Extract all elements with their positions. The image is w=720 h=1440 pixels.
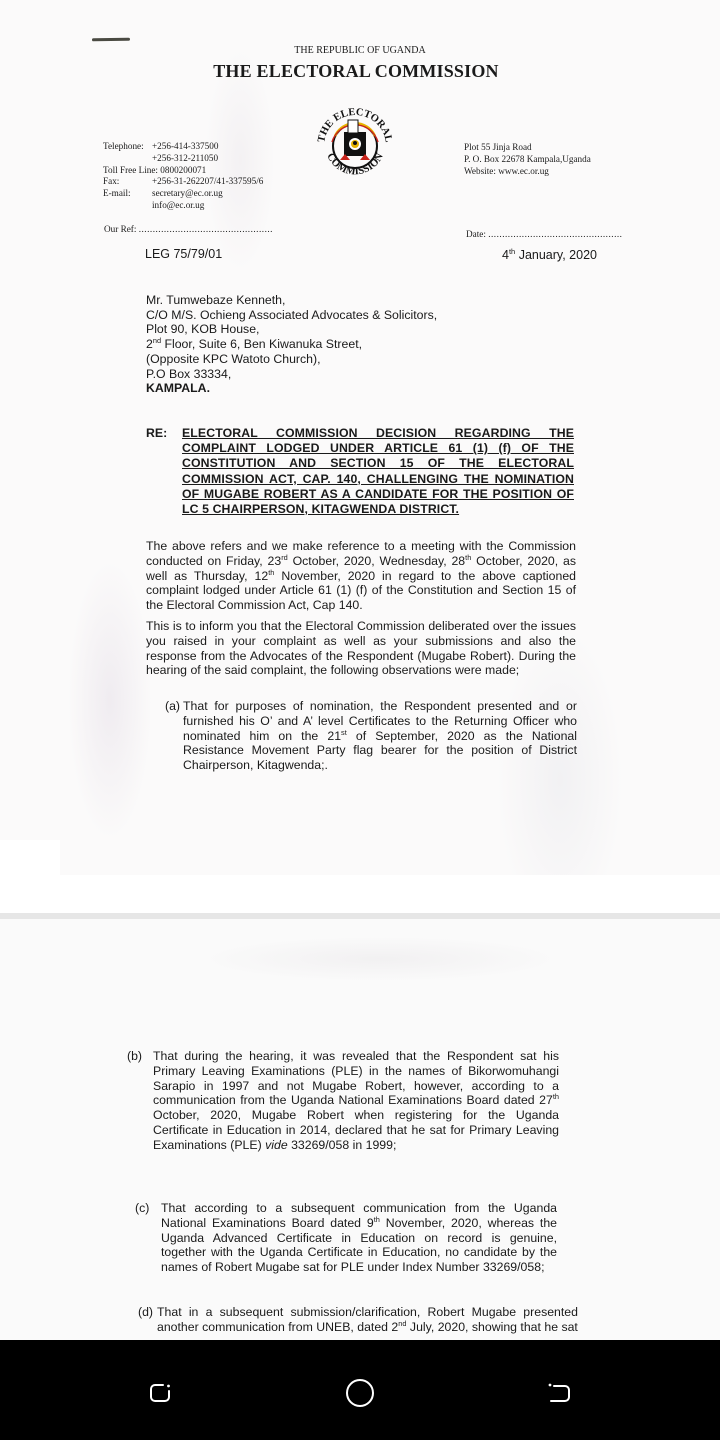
system-navigation-bar — [0, 1340, 720, 1440]
contact-row: E-mail:secretary@ec.or.ug — [103, 188, 263, 200]
address-block: Plot 55 Jinja Road P. O. Box 22678 Kampa… — [464, 142, 591, 177]
reference-number: LEG 75/79/01 — [145, 247, 222, 261]
paragraph-meeting-reference: The above refers and we make reference t… — [146, 539, 576, 613]
back-icon — [545, 1378, 575, 1408]
contact-row: Telephone:+256-414-337500 — [103, 141, 263, 153]
observation-b: (b) That during the hearing, it was reve… — [127, 1049, 559, 1153]
recent-apps-button[interactable] — [145, 1378, 175, 1408]
subject-label: RE: — [146, 426, 167, 440]
our-ref-field: Our Ref: ...............................… — [104, 224, 273, 234]
subject-heading: ELECTORAL COMMISSION DECISION REGARDING … — [182, 426, 574, 517]
recent-apps-icon — [145, 1378, 175, 1408]
page-gap — [0, 875, 720, 913]
observation-c: (c) That according to a subsequent commu… — [135, 1201, 557, 1275]
home-button[interactable] — [345, 1378, 375, 1408]
back-button[interactable] — [545, 1378, 575, 1408]
pen-mark — [92, 38, 130, 42]
home-icon — [345, 1378, 375, 1408]
paragraph-deliberation: This is to inform you that the Electoral… — [146, 619, 576, 678]
observation-a: (a) That for purposes of nomination, the… — [165, 699, 577, 773]
republic-heading: THE REPUBLIC OF UGANDA — [0, 45, 720, 56]
contact-row: info@ec.or.ug — [103, 200, 263, 212]
addressee-block: Mr. Tumwebaze Kenneth, C/O M/S. Ochieng … — [146, 293, 437, 396]
page-edge-shadow — [0, 840, 60, 875]
document-page-1: THE REPUBLIC OF UGANDA THE ELECTORAL COM… — [0, 0, 720, 875]
contact-block: Telephone:+256-414-337500 +256-312-21105… — [103, 141, 263, 212]
contact-row: +256-312-211050 — [103, 153, 263, 165]
contact-row: Toll Free Line: 0800200071 — [103, 165, 263, 177]
observation-d: (d) That in a subsequent submission/clar… — [138, 1305, 578, 1335]
letter-date: 4th January, 2020 — [502, 248, 597, 262]
electoral-commission-seal-icon: THE ELECTORAL COMMISSION — [310, 100, 400, 190]
date-field: Date: ..................................… — [466, 229, 622, 239]
contact-row: Fax:+256-31-262207/41-337595/6 — [103, 176, 263, 188]
organization-title: THE ELECTORAL COMMISSION — [0, 61, 712, 82]
